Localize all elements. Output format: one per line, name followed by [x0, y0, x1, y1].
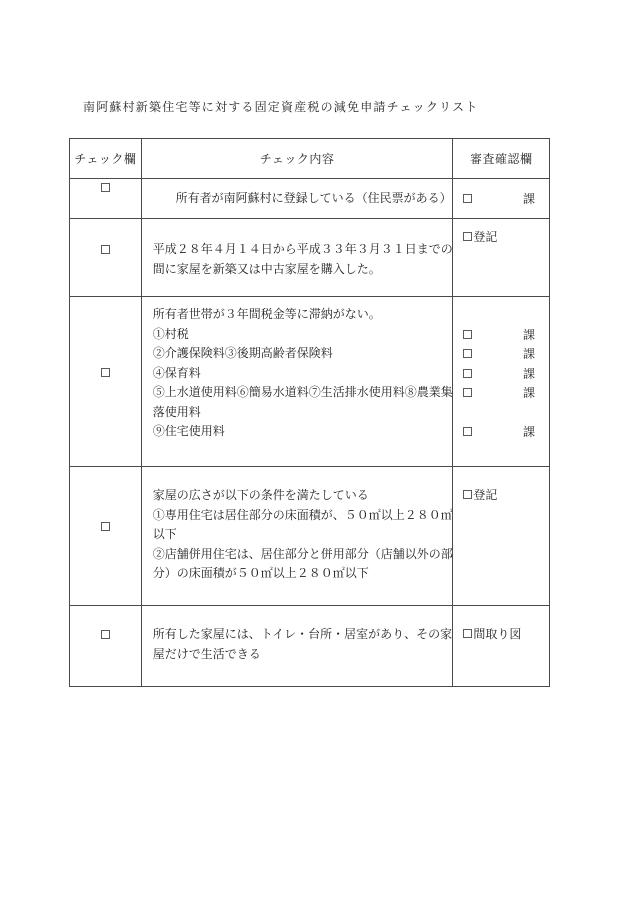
checkbox-icon: [101, 183, 110, 192]
check-cell: [70, 179, 142, 218]
checkbox-icon: [463, 194, 472, 203]
page-title: 南阿蘇村新築住宅等に対する固定資産税の減免申請チェックリスト: [83, 98, 478, 115]
table-row-no-delinquency: 所有者世帯が３年間税金等に滞納がない。 ①村税 ②介護保険料③後期高齢者保険料 …: [70, 297, 549, 467]
review-label: 課: [523, 384, 535, 401]
content-cell: 家屋の広さが以下の条件を満たしている ①専用住宅は居住部分の床面積が、５０㎡以上…: [142, 467, 454, 605]
review-label: 間取り図: [473, 625, 521, 642]
review-label: 課: [523, 365, 535, 382]
review-cell: 間取り図: [453, 606, 549, 686]
content-line: ⑤上水道使用料⑥簡易水道料⑦生活排水使用料⑧農業集: [153, 383, 453, 403]
table-row-purchase-period: 平成２８年４月１４日から平成３３年３月３１日までの 間に家屋を新築又は中古家屋を…: [70, 219, 549, 297]
content-line: ④保育料: [153, 364, 453, 384]
checkbox-icon: [463, 427, 472, 436]
checkbox-icon: [101, 368, 110, 377]
checkbox-icon: [463, 330, 472, 339]
review-check-item: 課: [463, 422, 535, 442]
review-check-item: 課: [463, 383, 535, 403]
checkbox-icon: [101, 630, 110, 639]
content-cell: 所有者世帯が３年間税金等に滞納がない。 ①村税 ②介護保険料③後期高齢者保険料 …: [142, 297, 454, 466]
content-line: 所有した家屋には、トイレ・台所・居室があり、その家: [153, 625, 453, 645]
checkbox-icon: [463, 349, 472, 358]
header-content-column: チェック内容: [142, 139, 454, 178]
checkbox-icon: [463, 232, 472, 241]
review-label: 登記: [473, 228, 497, 245]
check-cell: [70, 297, 142, 466]
content-line: 所有者が南阿蘇村に登録している（住民票がある）: [176, 189, 452, 209]
table-row-floor-area: 家屋の広さが以下の条件を満たしている ①専用住宅は居住部分の床面積が、５０㎡以上…: [70, 467, 549, 606]
content-line: ⑨住宅使用料: [153, 422, 453, 442]
content-line: 屋だけで生活できる: [153, 645, 453, 665]
table-row-residency: 所有者が南阿蘇村に登録している（住民票がある） 課: [70, 179, 549, 219]
content-cell: 所有した家屋には、トイレ・台所・居室があり、その家 屋だけで生活できる: [142, 606, 454, 686]
review-label: 課: [523, 423, 535, 440]
content-line: ①村税: [153, 325, 453, 345]
header-check-column: チェック欄: [70, 139, 142, 178]
checkbox-icon: [101, 245, 110, 254]
content-line: 所有者世帯が３年間税金等に滞納がない。: [153, 305, 453, 325]
check-cell: [70, 219, 142, 296]
review-label: 課: [523, 326, 535, 343]
review-check-item: 間取り図: [463, 625, 535, 642]
checkbox-icon: [463, 388, 472, 397]
review-label: 登記: [473, 486, 497, 503]
table-row-livable: 所有した家屋には、トイレ・台所・居室があり、その家 屋だけで生活できる 間取り図: [70, 606, 549, 686]
review-label: 課: [523, 345, 535, 362]
content-line: ①専用住宅は居住部分の床面積が、５０㎡以上２８０㎡: [153, 506, 453, 526]
content-line: ②介護保険料③後期高齢者保険料: [153, 344, 453, 364]
content-cell: 平成２８年４月１４日から平成３３年３月３１日までの 間に家屋を新築又は中古家屋を…: [142, 219, 454, 296]
check-cell: [70, 467, 142, 605]
review-label: 課: [523, 190, 535, 207]
review-empty-slot: [463, 305, 535, 325]
content-line: ②店舗併用住宅は、居住部分と併用部分（店舗以外の部: [153, 545, 453, 565]
checkbox-icon: [463, 369, 472, 378]
content-line: 平成２８年４月１４日から平成３３年３月３１日までの: [153, 240, 453, 260]
review-cell: 登記: [453, 219, 549, 296]
content-line: 分）の床面積が５０㎡以上２８０㎡以下: [153, 564, 453, 584]
check-cell: [70, 606, 142, 686]
review-check-item: 課: [463, 344, 535, 364]
review-check-item: 登記: [463, 486, 535, 503]
checkbox-icon: [101, 522, 110, 531]
review-cell: 課: [453, 179, 549, 218]
review-check-item: 課: [463, 325, 535, 345]
header-row: チェック欄 チェック内容 審査確認欄: [70, 139, 549, 179]
review-cell: 課 課 課 課 課: [453, 297, 549, 466]
content-cell: 所有者が南阿蘇村に登録している（住民票がある）: [142, 179, 454, 218]
review-check-item: 登記: [463, 228, 535, 245]
checkbox-icon: [463, 490, 472, 499]
review-cell: 登記: [453, 467, 549, 605]
review-empty-slot: [463, 403, 535, 423]
content-line: 以下: [153, 525, 453, 545]
content-line: 家屋の広さが以下の条件を満たしている: [153, 486, 453, 506]
header-review-column: 審査確認欄: [453, 139, 549, 178]
checkbox-icon: [463, 629, 472, 638]
content-line: 落使用料: [153, 403, 453, 423]
content-line: 間に家屋を新築又は中古家屋を購入した。: [153, 260, 453, 280]
checklist-table: チェック欄 チェック内容 審査確認欄 所有者が南阿蘇村に登録している（住民票があ…: [69, 138, 550, 687]
review-check-item: 課: [463, 364, 535, 384]
